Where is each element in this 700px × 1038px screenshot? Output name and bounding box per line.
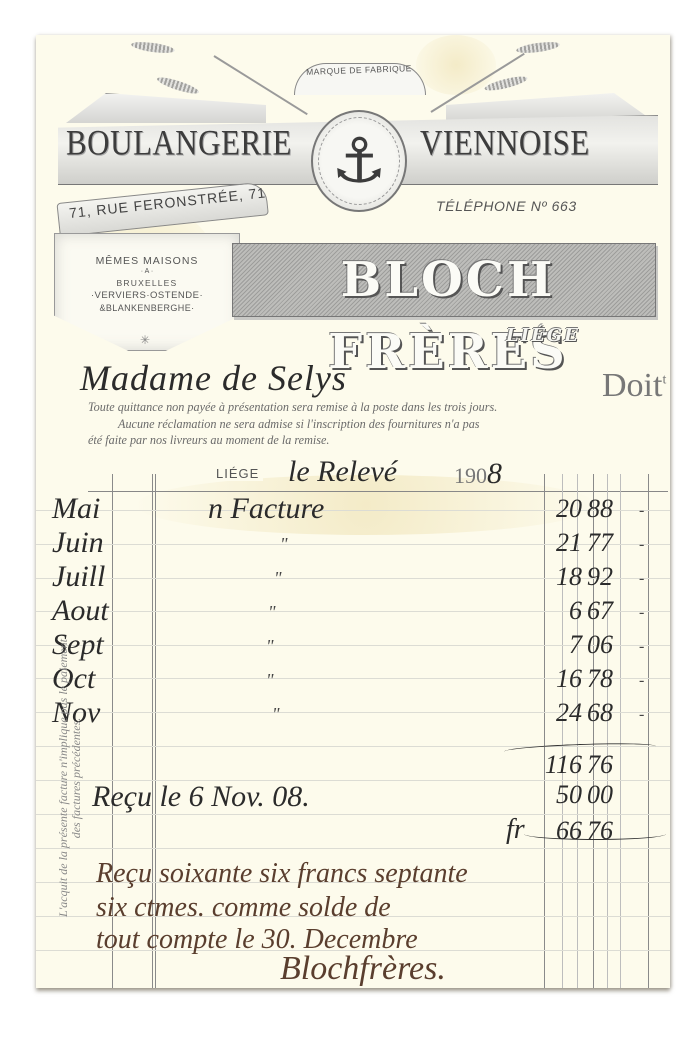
ditto-mark: "	[268, 602, 276, 623]
payment-terms: Toute quittance non payée à présentation…	[88, 399, 668, 449]
wheat-ornament-icon	[156, 74, 201, 96]
column-rule	[648, 474, 649, 988]
ledger-month: Juin	[52, 526, 104, 560]
ledger-francs: 20	[522, 494, 582, 524]
ditto-mark: "	[274, 568, 282, 589]
ledger-dash: -	[639, 604, 644, 622]
receipt-line: Reçu soixante six francs septante	[96, 858, 468, 890]
margin-note-line: des factures précédentes.	[70, 558, 83, 988]
ledger-francs: 18	[522, 562, 582, 592]
ledger-centimes: 78	[587, 664, 613, 694]
branch-cities: ·VERVIERS·OSTENDE·	[54, 290, 240, 301]
receipt-line: six ctmes. comme solde de	[96, 892, 391, 924]
ledger-francs: 21	[522, 528, 582, 558]
business-line-left: BOULANGERIE	[66, 122, 292, 163]
payment-note: Reçu le 6 Nov. 08.	[92, 780, 310, 814]
ledger-dash: -	[639, 638, 644, 656]
branches-list: MÊMES MAISONS · A · BRUXELLES ·VERVIERS·…	[54, 255, 240, 313]
terms-line: Aucune réclamation ne sera admise si l'i…	[88, 416, 668, 433]
row-rule	[36, 814, 670, 815]
ditto-mark: "	[266, 670, 274, 691]
ledger-francs: 7	[522, 630, 582, 660]
balance-francs: 66	[522, 816, 582, 846]
column-rule	[620, 474, 621, 988]
ledger-francs: 6	[522, 596, 582, 626]
business-line-right: VIENNOISE	[420, 122, 590, 163]
ledger-dash: -	[639, 502, 644, 520]
ditto-mark: "	[280, 534, 288, 555]
balance-centimes: 76	[587, 816, 613, 846]
terms-line: Toute quittance non payée à présentation…	[88, 399, 668, 416]
signature: Blochfrères.	[280, 950, 446, 988]
telephone-number: TÉLÉPHONE Nº 663	[436, 198, 577, 214]
trademark-medallion: ⚓	[311, 110, 407, 212]
branch-city: BRUXELLES	[54, 278, 240, 288]
ledger-centimes: 88	[587, 494, 613, 524]
addressee: Madame de Selys	[80, 357, 347, 399]
ledger-dash: -	[639, 672, 644, 690]
row-rule	[36, 848, 670, 849]
banner-roof-left	[66, 93, 266, 123]
ledger-centimes: 68	[587, 698, 613, 728]
ledger-centimes: 92	[587, 562, 613, 592]
invoice-sheet: BOULANGERIE VIENNOISE MARQUE DE FABRIQUE…	[36, 35, 670, 988]
ledger-dash: -	[639, 570, 644, 588]
ledger-francs: 16	[522, 664, 582, 694]
company-city: LIÉGE	[506, 325, 580, 346]
ledger-centimes: 77	[587, 528, 613, 558]
branch-cities: &BLANKENBERGHE·	[54, 303, 240, 313]
star-ornament-icon: ✳	[140, 333, 150, 348]
total-centimes: 76	[587, 750, 613, 780]
ledger-month: Mai	[52, 492, 100, 526]
ledger-centimes: 67	[587, 596, 613, 626]
ledger-description: n Facture	[208, 492, 324, 526]
branches-heading: MÊMES MAISONS	[54, 255, 240, 267]
ditto-mark: "	[266, 636, 274, 657]
wheat-ornament-icon	[131, 40, 176, 55]
ledger-dash: -	[639, 706, 644, 724]
branches-connector: · A ·	[54, 268, 240, 275]
margin-note: L'acquit de la présente facture n'impliq…	[57, 558, 83, 988]
payment-francs: 50	[522, 780, 582, 810]
payment-centimes: 00	[587, 780, 613, 810]
ledger-dash: -	[639, 536, 644, 554]
ditto-mark: "	[272, 704, 280, 725]
letterhead: BOULANGERIE VIENNOISE MARQUE DE FABRIQUE…	[36, 35, 670, 355]
wheat-ornament-icon	[484, 74, 529, 93]
total-francs: 116	[522, 750, 582, 780]
anchor-icon: ⚓	[331, 130, 387, 192]
ledger-francs: 24	[522, 698, 582, 728]
ledger-table: Mai n Facture 20 88 - Juin " 21 77 - Jui…	[36, 474, 670, 988]
ledger-centimes: 06	[587, 630, 613, 660]
terms-line: été faite par nos livreurs au moment de …	[88, 432, 668, 449]
